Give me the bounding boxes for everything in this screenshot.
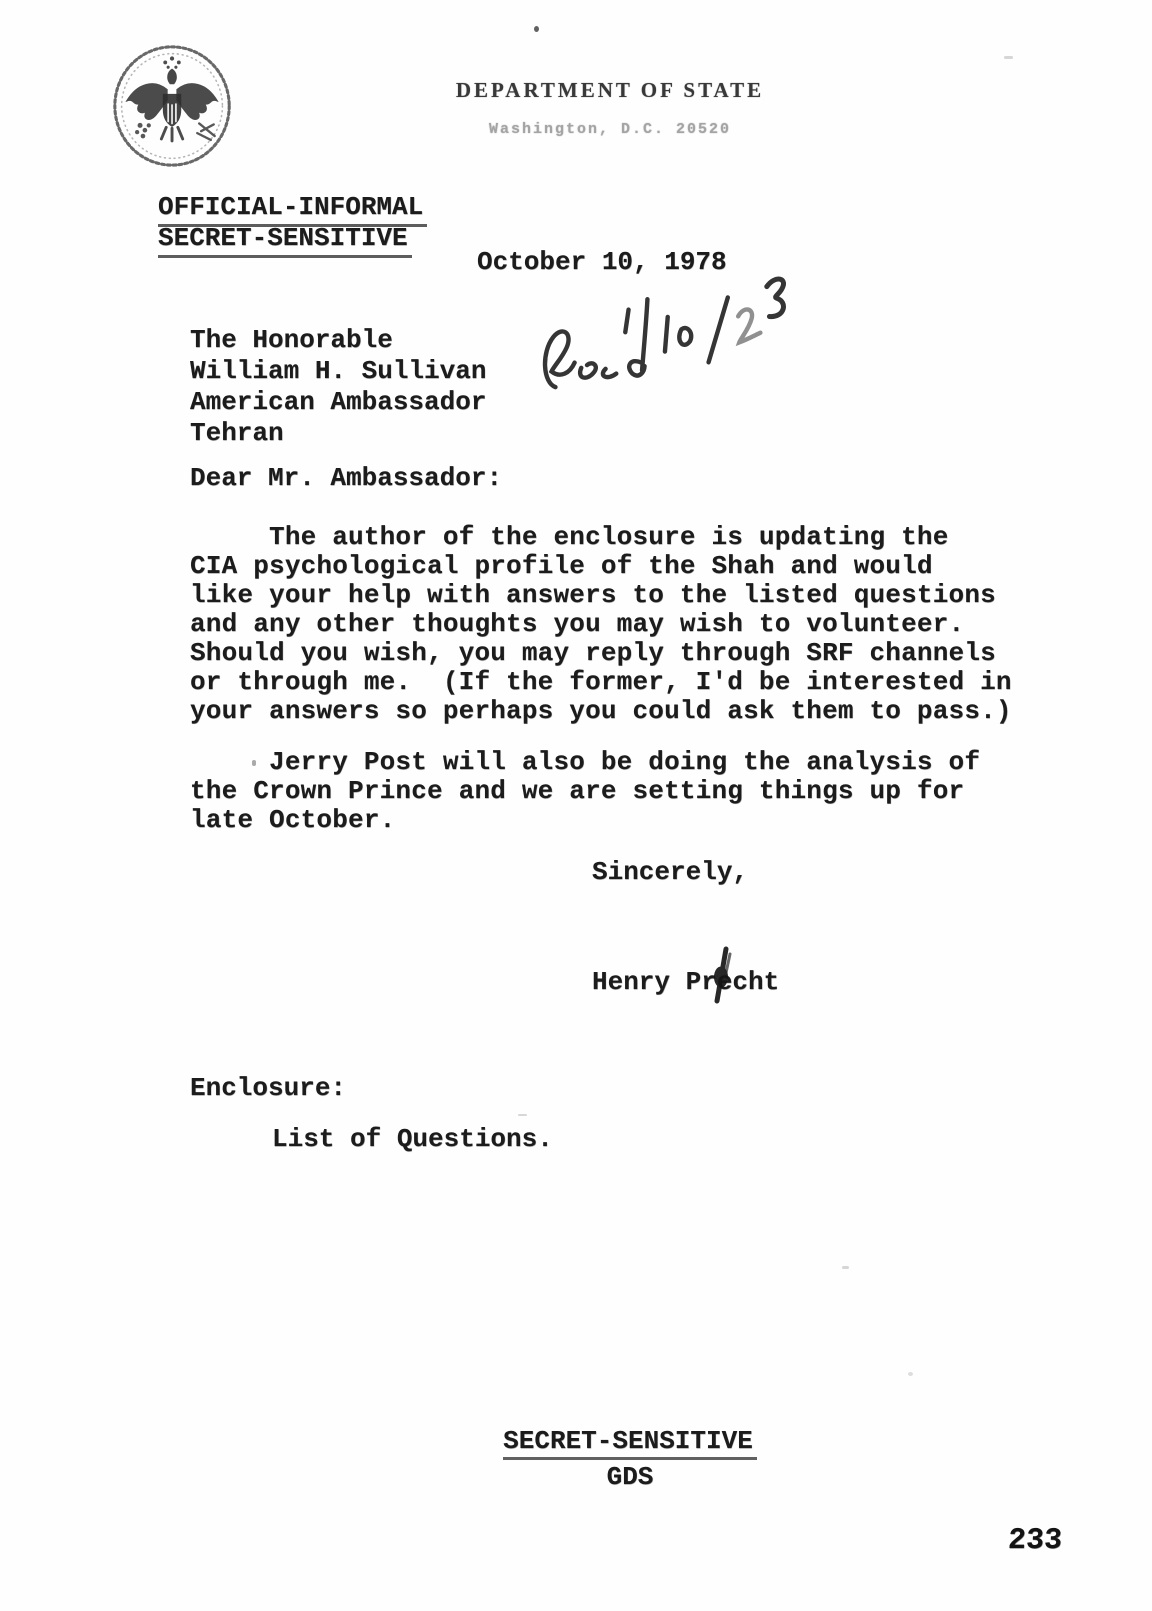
handwriting-strokes-icon	[520, 276, 805, 391]
closing: Sincerely,	[592, 857, 748, 887]
classification-bottom-line: SECRET-SENSITIVE	[503, 1426, 757, 1460]
scan-speck	[534, 26, 539, 32]
us-great-seal-icon	[110, 42, 236, 170]
scan-speck	[842, 1266, 849, 1269]
scan-speck	[908, 1372, 913, 1376]
classification-bottom: SECRET-SENSITIVE GDS	[500, 1426, 760, 1492]
handwritten-received-note: Rec'd 10/23	[520, 276, 805, 391]
signature-name: Henry Precht	[592, 967, 779, 997]
body-paragraph-1: The author of the enclosure is updating …	[190, 523, 1012, 726]
signature-ink-mark-icon	[704, 944, 744, 1006]
classification-official-informal: OFFICIAL-INFORMAL	[158, 192, 427, 227]
classification-secret-sensitive: SECRET-SENSITIVE	[158, 223, 412, 258]
gds-line: GDS	[500, 1462, 760, 1492]
scan-speck	[518, 1114, 527, 1116]
body-paragraph-2: Jerry Post will also be doing the analys…	[190, 748, 980, 835]
letterhead-address: Washington, D.C. 20520	[420, 121, 800, 138]
recipient-address-block: The Honorable William H. Sullivan Americ…	[190, 325, 486, 449]
letterhead-department: DEPARTMENT OF STATE	[420, 78, 800, 103]
scanned-letter-page: DEPARTMENT OF STATE Washington, D.C. 205…	[0, 0, 1152, 1611]
salutation: Dear Mr. Ambassador:	[190, 463, 502, 493]
scan-speck	[1004, 56, 1013, 59]
scan-speck	[252, 760, 256, 766]
letter-date: October 10, 1978	[477, 247, 727, 277]
page-number: 233	[1007, 1524, 1063, 1558]
enclosure-item: List of Questions.	[272, 1124, 553, 1154]
enclosure-label: Enclosure:	[190, 1073, 346, 1103]
classification-top: OFFICIAL-INFORMAL SECRET-SENSITIVE	[158, 192, 427, 254]
